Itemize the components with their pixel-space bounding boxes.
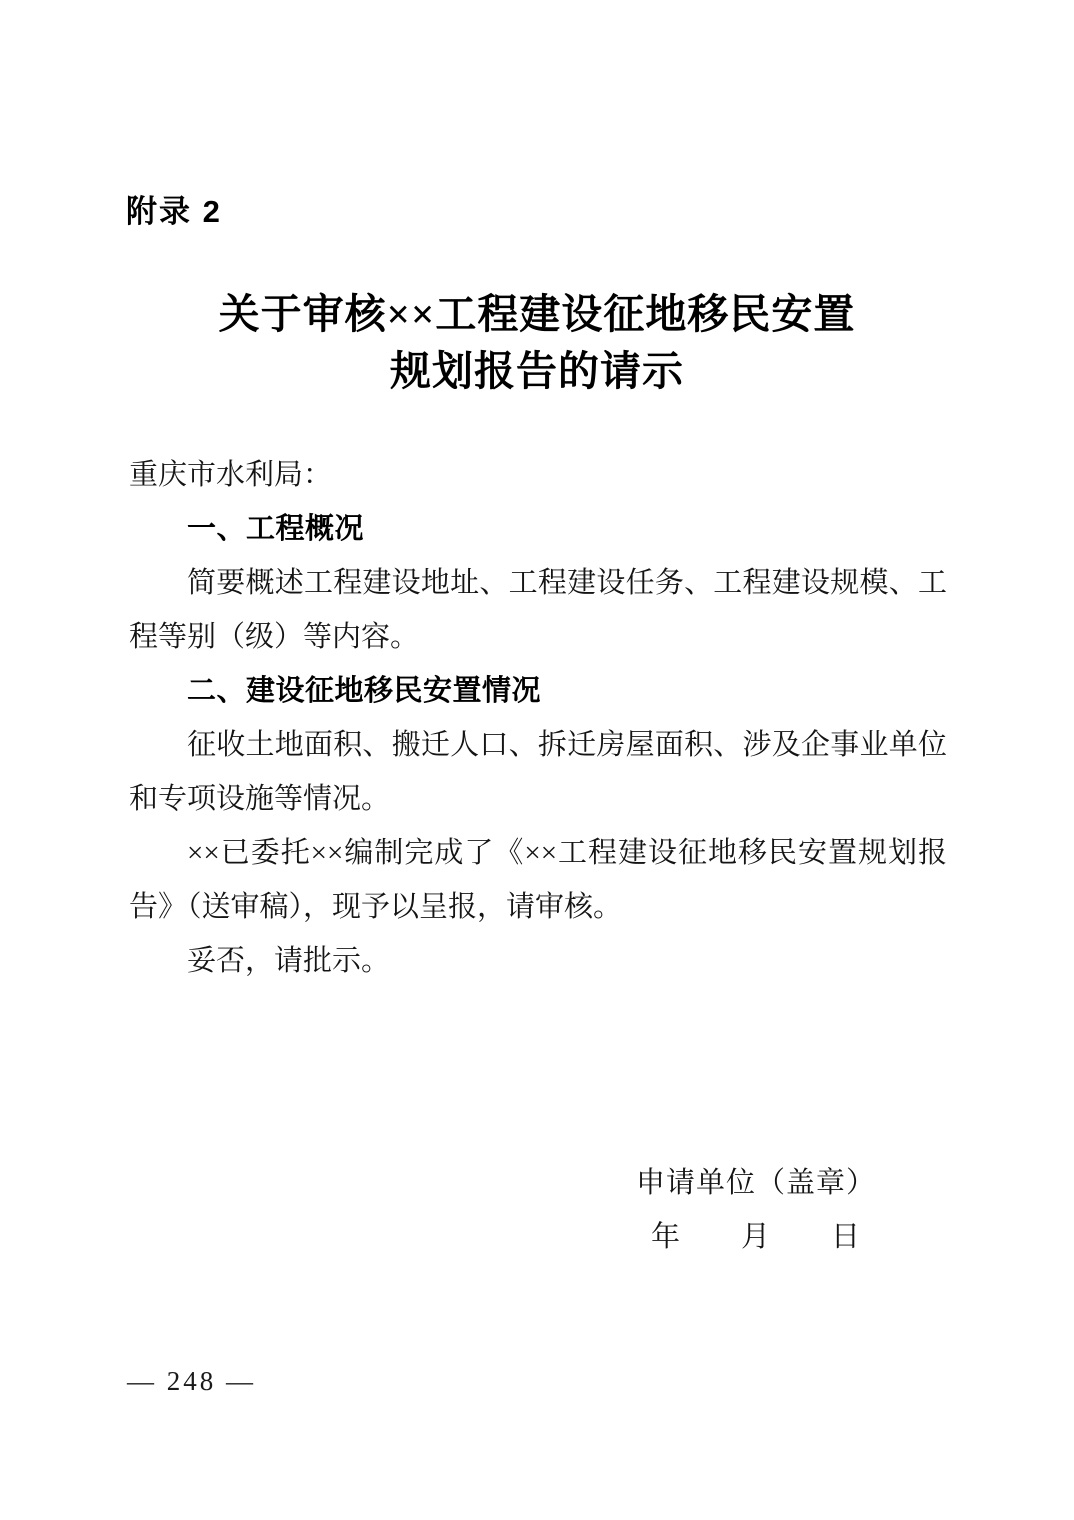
document-title-line-1: 关于审核××工程建设征地移民安置 bbox=[0, 286, 1074, 343]
closing-paragraph-2: 妥否，请批示。 bbox=[129, 934, 947, 988]
document-title-line-2: 规划报告的请示 bbox=[0, 343, 1074, 400]
section-2-heading: 二、建设征地移民安置情况 bbox=[129, 664, 947, 718]
page-number: — 248 — bbox=[127, 1366, 256, 1397]
document-page: 附录 2 关于审核××工程建设征地移民安置 规划报告的请示 重庆市水利局： 一、… bbox=[0, 0, 1074, 1520]
signature-date-line: 年 月 日 bbox=[651, 1214, 861, 1255]
salutation: 重庆市水利局： bbox=[129, 448, 947, 502]
section-2-body: 征收土地面积、搬迁人口、拆迁房屋面积、涉及企事业单位和专项设施等情况。 bbox=[129, 718, 947, 826]
section-1-heading: 一、工程概况 bbox=[129, 502, 947, 556]
signature-unit-line: 申请单位（盖章） bbox=[636, 1160, 876, 1201]
appendix-label: 附录 2 bbox=[126, 186, 222, 231]
closing-paragraph-1: ××已委托××编制完成了《××工程建设征地移民安置规划报告》（送审稿），现予以呈… bbox=[129, 826, 947, 934]
document-title: 关于审核××工程建设征地移民安置 规划报告的请示 bbox=[0, 286, 1074, 400]
document-body: 重庆市水利局： 一、工程概况 简要概述工程建设地址、工程建设任务、工程建设规模、… bbox=[129, 448, 947, 988]
section-1-body: 简要概述工程建设地址、工程建设任务、工程建设规模、工程等别（级）等内容。 bbox=[129, 556, 947, 664]
